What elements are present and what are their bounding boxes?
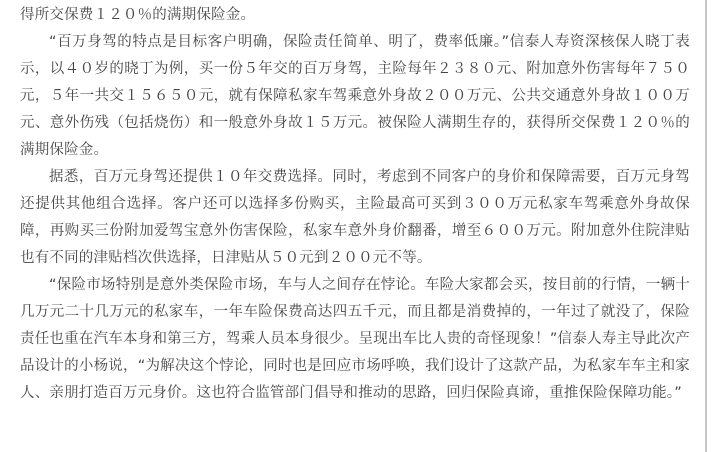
- document-page: 得所交保费１２０％的满期保险金。“百万身驾的特点是目标客户明确，保险责任简单、明…: [0, 0, 707, 452]
- paragraph-1: 得所交保费１２０％的满期保险金。: [20, 2, 690, 29]
- article-body: 得所交保费１２０％的满期保险金。“百万身驾的特点是目标客户明确，保险责任简单、明…: [20, 2, 690, 407]
- paragraph-4: “保险市场特别是意外类保险市场，车与人之间存在悖论。车险大家都会买，按目前的行情…: [20, 272, 690, 407]
- paragraph-3: 据悉，百万元身驾还提供１０年交费选择。同时，考虑到不同客户的身价和保障需要，百万…: [20, 164, 690, 272]
- paragraph-2: “百万身驾的特点是目标客户明确，保险责任简单、明了，费率低廉。”信泰人寿资深核保…: [20, 29, 690, 164]
